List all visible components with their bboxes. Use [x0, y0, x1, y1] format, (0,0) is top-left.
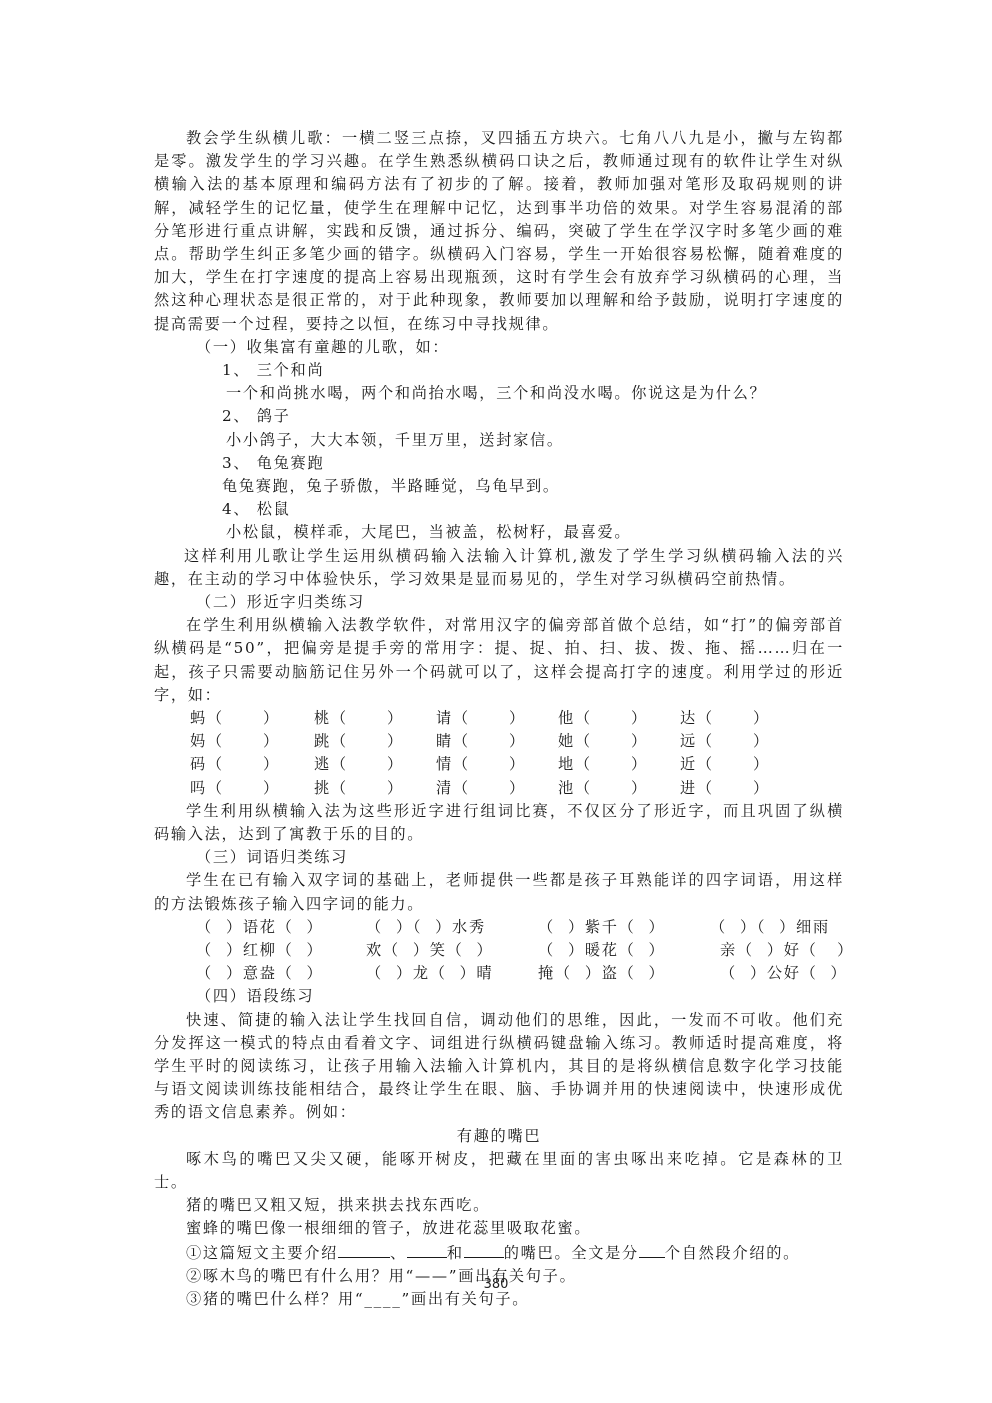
question-1-middle: 的嘴巴。全文是分 — [504, 1244, 639, 1262]
story-paragraph: 蜜蜂的嘴巴像一根细细的管子，放进花蕊里吸取花蜜。 — [154, 1217, 844, 1240]
answer-blank[interactable] — [338, 1241, 390, 1258]
section-3-paragraph: 学生在已有输入双字词的基础上，老师提供一些都是孩子耳熟能详的四字词语，用这样的方… — [154, 869, 844, 915]
section-4-heading: （四）语段练习 — [154, 985, 844, 1008]
char-grid-cell: 逃（ ） — [314, 753, 404, 776]
word-grid-cell: （ ）龙（ ）晴 — [366, 962, 493, 985]
char-grid-row: 蚂（ ） 桃（ ） 请（ ） 他（ ） 达（ ） — [154, 707, 844, 730]
char-grid-cell: 池（ ） — [558, 777, 648, 800]
word-grid-row: （ ）意盎（ ） （ ）龙（ ）晴 掩（ ）盗（ ） （ ）公好（ ） — [154, 962, 844, 985]
char-grid-cell: 她（ ） — [558, 730, 648, 753]
char-grid-row: 码（ ） 逃（ ） 情（ ） 地（ ） 近（ ） — [154, 753, 844, 776]
story-title: 有趣的嘴巴 — [154, 1125, 844, 1148]
word-grid-cell: 掩（ ）盗（ ） — [538, 962, 665, 985]
char-grid-cell: 挑（ ） — [314, 777, 404, 800]
answer-blank[interactable] — [464, 1241, 504, 1258]
char-grid-cell: 妈（ ） — [190, 730, 280, 753]
word-grid-row: （ ）语花（ ） （ ）（ ）水秀 （ ）紫千（ ） （ ）（ ）细雨 — [154, 916, 844, 939]
char-grid-cell: 地（ ） — [558, 753, 648, 776]
word-grid-cell: 欢（ ）笑（ ） — [366, 939, 493, 962]
question-1-separator: 、 — [390, 1244, 407, 1262]
word-grid-cell: （ ）紫千（ ） — [538, 916, 665, 939]
char-grid-cell: 吗（ ） — [190, 777, 280, 800]
song-4-title: 4、 松鼠 — [154, 498, 844, 521]
word-grid-cell: （ ）（ ）水秀 — [366, 916, 486, 939]
section-4-paragraph: 快速、简捷的输入法让学生找回自信，调动他们的思维，因此，一发而不可收。他们充分发… — [154, 1009, 844, 1125]
section-2-paragraph: 在学生利用纵横输入法教学软件，对常用汉字的偏旁部首做个总结，如“打”的偏旁部首纵… — [154, 614, 844, 707]
similar-char-grid: 蚂（ ） 桃（ ） 请（ ） 他（ ） 达（ ） 妈（ ） 跳（ ） 睛（ ） … — [154, 707, 844, 800]
question-1: ①这篇短文主要介绍、和的嘴巴。全文是分个自然段介绍的。 — [154, 1241, 844, 1265]
char-grid-cell: 近（ ） — [680, 753, 770, 776]
word-grid-row: （ ）红柳（ ） 欢（ ）笑（ ） （ ）暖花（ ） 亲（ ）好（ ） — [154, 939, 844, 962]
char-grid-cell: 清（ ） — [436, 777, 526, 800]
song-2-title: 2、 鸽子 — [154, 405, 844, 428]
word-grid-cell: （ ）公好（ ） — [720, 962, 847, 985]
question-1-prefix: ①这篇短文主要介绍 — [186, 1244, 338, 1262]
char-grid-cell: 进（ ） — [680, 777, 770, 800]
char-grid-cell: 桃（ ） — [314, 707, 404, 730]
word-grid-cell: （ ）语花（ ） — [196, 916, 323, 939]
song-4-lyrics: 小松鼠，模样乖，大尾巴，当被盖，松树籽，最喜爱。 — [154, 521, 844, 544]
char-grid-cell: 远（ ） — [680, 730, 770, 753]
char-grid-cell: 跳（ ） — [314, 730, 404, 753]
section-3-heading: （三）词语归类练习 — [154, 846, 844, 869]
section-2-summary: 学生利用纵横输入法为这些形近字进行组词比赛，不仅区分了形近字，而且巩固了纵横码输… — [154, 800, 844, 846]
char-grid-cell: 码（ ） — [190, 753, 280, 776]
word-grid-cell: （ ）（ ）细雨 — [710, 916, 830, 939]
char-grid-row: 妈（ ） 跳（ ） 睛（ ） 她（ ） 远（ ） — [154, 730, 844, 753]
answer-blank[interactable] — [639, 1241, 665, 1258]
page-content: 教会学生纵横儿歌：一横二竖三点捺，叉四插五方块六。七角八八九是小，撇与左钩都是零… — [154, 127, 844, 1311]
word-grid-cell: （ ）意盎（ ） — [196, 962, 323, 985]
page-number: 380 — [0, 1277, 992, 1292]
song-3-lyrics: 龟兔赛跑，兔子骄傲，半路睡觉，乌龟早到。 — [154, 475, 844, 498]
char-grid-cell: 他（ ） — [558, 707, 648, 730]
section-2-heading: （二）形近字归类练习 — [154, 591, 844, 614]
char-grid-cell: 达（ ） — [680, 707, 770, 730]
char-grid-cell: 请（ ） — [436, 707, 526, 730]
char-grid-cell: 蚂（ ） — [190, 707, 280, 730]
word-grid-cell: 亲（ ）好（ ） — [720, 939, 854, 962]
song-1-lyrics: 一个和尚挑水喝，两个和尚抬水喝，三个和尚没水喝。你说这是为什么？ — [154, 382, 844, 405]
section-1-heading: （一）收集富有童趣的儿歌，如： — [154, 336, 844, 359]
story-paragraph: 啄木鸟的嘴巴又尖又硬，能啄开树皮，把藏在里面的害虫啄出来吃掉。它是森林的卫士。 — [154, 1148, 844, 1194]
section-1-summary: 这样利用儿歌让学生运用纵横码输入法输入计算机,激发了学生学习纵横码输入法的兴趣，… — [154, 545, 844, 591]
song-3-title: 3、 龟兔赛跑 — [154, 452, 844, 475]
intro-paragraph: 教会学生纵横儿歌：一横二竖三点捺，叉四插五方块六。七角八八九是小，撇与左钩都是零… — [154, 127, 844, 336]
word-grid-cell: （ ）红柳（ ） — [196, 939, 323, 962]
char-grid-row: 吗（ ） 挑（ ） 清（ ） 池（ ） 进（ ） — [154, 777, 844, 800]
song-2-lyrics: 小小鸽子，大大本领，千里万里，送封家信。 — [154, 429, 844, 452]
four-char-word-grid: （ ）语花（ ） （ ）（ ）水秀 （ ）紫千（ ） （ ）（ ）细雨 （ ）红… — [154, 916, 844, 986]
story-paragraph: 猪的嘴巴又粗又短，拱来拱去找东西吃。 — [154, 1194, 844, 1217]
char-grid-cell: 睛（ ） — [436, 730, 526, 753]
answer-blank[interactable] — [407, 1241, 447, 1258]
word-grid-cell: （ ）暖花（ ） — [538, 939, 665, 962]
question-1-and: 和 — [447, 1244, 464, 1262]
song-1-title: 1、 三个和尚 — [154, 359, 844, 382]
char-grid-cell: 情（ ） — [436, 753, 526, 776]
question-1-suffix: 个自然段介绍的。 — [665, 1244, 800, 1262]
document-page: 教会学生纵横儿歌：一横二竖三点捺，叉四插五方块六。七角八八九是小，撇与左钩都是零… — [0, 0, 992, 1403]
